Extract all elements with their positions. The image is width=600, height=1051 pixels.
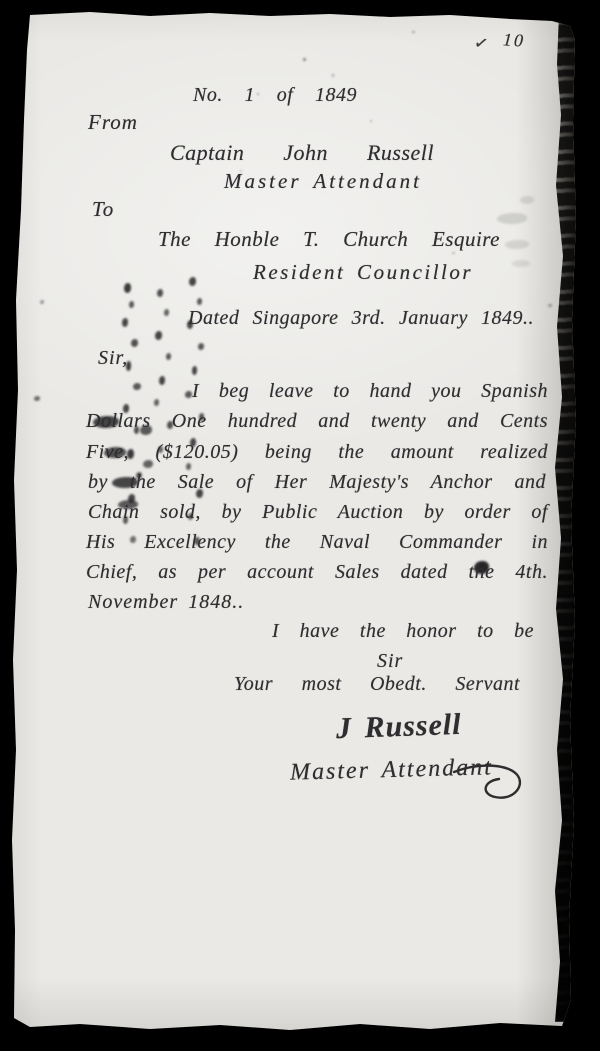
ink-dot [131,339,138,347]
body-line-5: Chain sold, by Public Auction by order o… [88,501,548,524]
ink-dot [197,298,202,305]
body-line-2: Dollars One hundred and twenty and Cents [86,410,548,433]
ink-dot [192,366,197,375]
recipient-name: The Honble T. Church Esquire [158,227,500,252]
ink-dot [497,213,527,224]
closing-line-1: I have the honor to be [272,620,534,643]
ink-dot [185,391,192,398]
ink-dot [122,318,128,327]
ink-dot [164,309,169,316]
ink-dot [166,353,171,360]
body-line-8: November 1848.. [88,591,244,614]
salutation: Sir, [98,347,128,370]
ink-dot [370,120,372,122]
letter-number-heading: No. 1 of 1849 [193,84,357,107]
ink-dot [133,383,141,390]
ink-dot [505,240,529,249]
sender-name: Captain John Russell [170,140,434,166]
ink-dot [548,304,552,307]
body-line-3: Five, ($120.05) being the amount realize… [86,441,548,464]
ink-dot [412,31,415,33]
ink-dot [124,283,131,293]
closing-line-3: Your most Obedt. Servant [234,673,520,696]
ink-dot [189,277,196,286]
body-line-7: Chief, as per account Sales dated the 4t… [86,561,548,584]
ink-dot [512,260,530,267]
sender-title: Master Attendant [224,169,422,194]
ink-dot [154,399,159,406]
dateline: Dated Singapore 3rd. January 1849.. [188,307,534,330]
ink-dot [40,300,44,304]
ink-dot [157,289,163,297]
ink-dot [155,331,162,340]
body-line-1: I beg leave to hand you Spanish [192,380,548,403]
torn-page-edge [554,14,581,1022]
ink-dot [452,252,455,254]
scanned-letter-page: ✓ 10 No. 1 of 1849 From Captain John Rus… [0,0,600,1051]
paper-sheet: ✓ 10 No. 1 of 1849 From Captain John Rus… [0,0,600,1051]
recipient-title: Resident Councillor [253,260,473,285]
closing-line-2: Sir [377,650,403,673]
signature-flourish [452,758,527,806]
ink-dot [303,58,306,61]
ink-dot [520,196,534,204]
from-label: From [88,110,138,135]
signature: J Russell [335,708,462,746]
body-line-6: His Excellency the Naval Commander in [86,531,548,554]
ink-dot [34,396,40,401]
ink-dot [129,301,134,308]
ink-dot [159,376,165,385]
to-label: To [92,197,114,222]
ink-dot [332,74,334,77]
page-number: 10 [502,29,525,51]
ink-dot [186,463,191,470]
body-line-4: by the Sale of Her Majesty's Anchor and [88,471,546,494]
ink-dot [198,343,204,350]
checkmark-icon: ✓ [472,33,491,56]
